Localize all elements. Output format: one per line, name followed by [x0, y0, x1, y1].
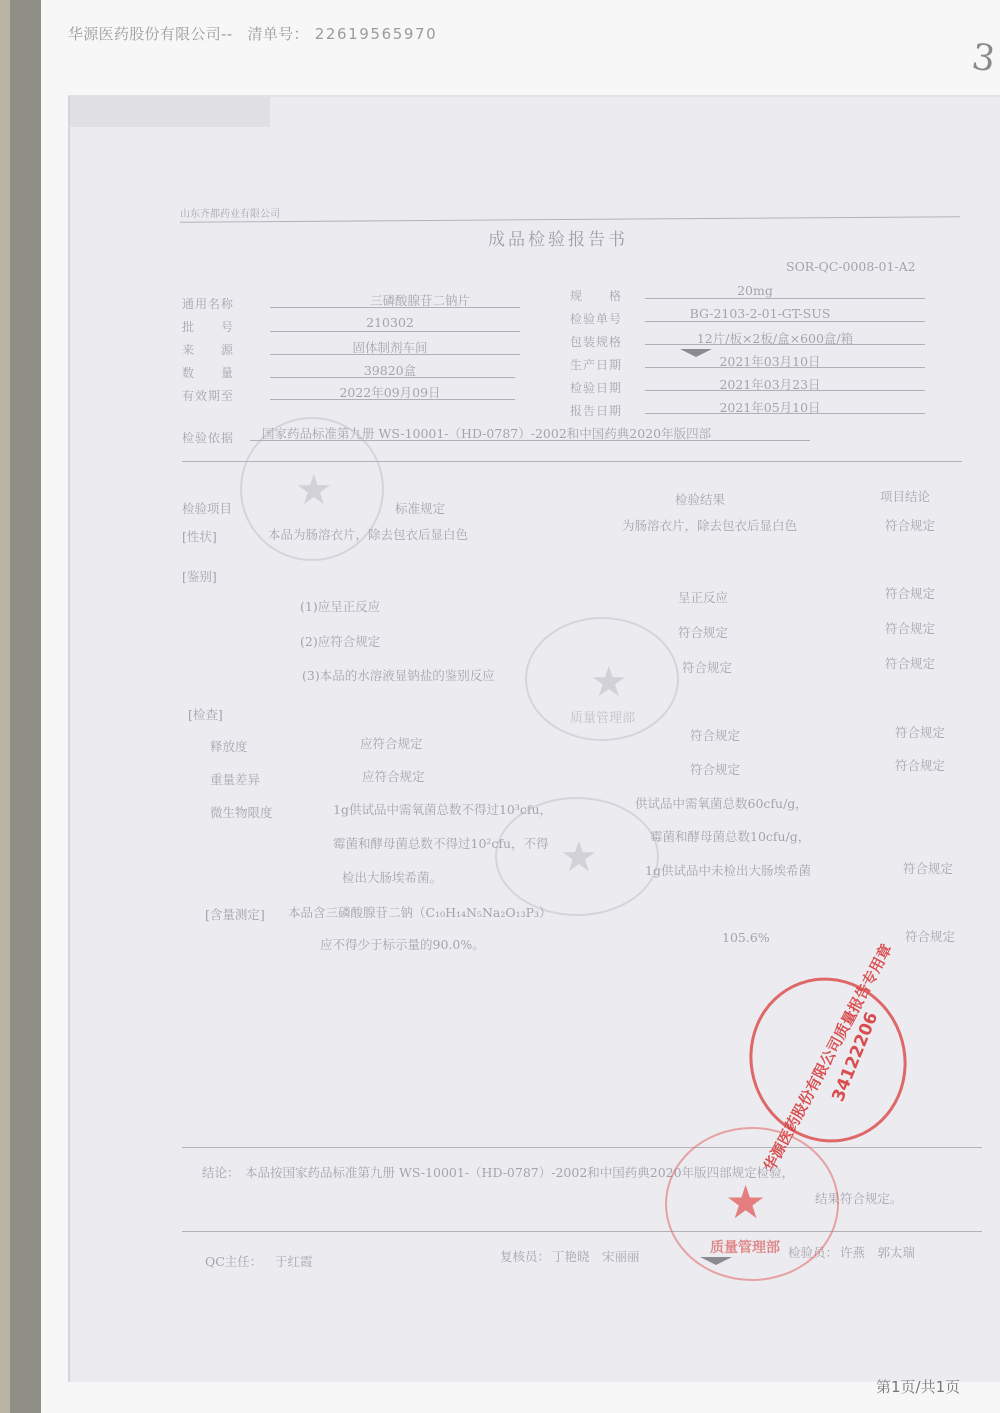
basis-label: 检验依据: [182, 429, 234, 446]
appearance-result: 为肠溶衣片，除去包衣后显白色: [622, 516, 797, 534]
header-standard: 标准规定: [395, 499, 445, 517]
section-assay-label: [含量测定]: [205, 905, 265, 923]
id-result: 符合规定: [678, 623, 728, 641]
list-number: 22619565970: [315, 25, 438, 43]
inspection-standard: 应符合规定: [362, 767, 425, 785]
red-stamp-star-icon: ★: [725, 1175, 766, 1229]
microbial-conclusion: 符合规定: [903, 859, 953, 877]
field-value: 210302: [290, 315, 490, 330]
microbial-standard-line: 1g供试品中需氧菌总数不得过10³cfu，: [333, 800, 552, 818]
conclusion-label: 结论：: [202, 1163, 240, 1181]
gray-stamp-text: 质量管理部: [570, 707, 635, 726]
red-stamp2-text: 质量管理部: [710, 1237, 780, 1257]
inspection-conclusion: 符合规定: [895, 723, 945, 741]
id-standard: (3)本品的水溶液显钠盐的鉴别反应: [302, 666, 495, 684]
appearance-standard: 本品为肠溶衣片，除去包衣后显白色: [268, 525, 468, 543]
qc-head-name: 于红霞: [275, 1252, 313, 1270]
list-label: 清单号：: [248, 25, 309, 43]
id-conclusion: 符合规定: [885, 584, 935, 602]
scan-artifact-mark: [680, 349, 712, 357]
field-label: 规 格: [570, 287, 622, 304]
page-header: 华源医药股份有限公司-- 清单号：22619565970: [68, 23, 437, 44]
issuer-name: 山东齐都药业有限公司: [180, 205, 280, 220]
report-title: 成品检验报告书: [488, 225, 628, 250]
inspection-item: 重量差异: [210, 770, 260, 788]
header-result: 检验结果: [675, 490, 725, 508]
id-result: 呈正反应: [678, 588, 728, 606]
field-label: 生产日期: [570, 356, 622, 373]
reviewer-names: 丁艳晓 宋丽丽: [552, 1247, 640, 1265]
company-name: 华源医药股份有限公司--: [68, 25, 232, 43]
id-standard: (2)应符合规定: [300, 632, 380, 650]
id-result: 符合规定: [682, 658, 732, 676]
inspection-result: 符合规定: [690, 760, 740, 778]
field-label: 有效期至: [182, 387, 234, 404]
scan-shadow: [70, 97, 270, 127]
field-label: 包装规格: [570, 333, 622, 350]
header-conclusion: 项目结论: [880, 487, 930, 505]
stamp-star-icon: ★: [560, 832, 598, 881]
stamp-star-icon: ★: [295, 465, 333, 514]
microbial-result-line: 霉菌和酵母菌总数10cfu/g，: [650, 827, 810, 845]
field-value: BG-2103-2-01-GT-SUS: [660, 306, 860, 321]
scan-edge-shadow: [10, 0, 41, 1413]
doc-code: SOR-QC-0008-01-A2: [786, 259, 916, 274]
assay-result: 105.6%: [722, 930, 770, 945]
section-inspection-label: [检查]: [188, 705, 223, 723]
assay-standard: 本品含三磷酸腺苷二钠（C₁₀H₁₄N₅Na₂O₁₃P₃）: [288, 903, 552, 921]
inspection-result: 符合规定: [690, 726, 740, 744]
qc-head-label: QC主任：: [205, 1252, 262, 1270]
stamp-star-icon: ★: [590, 657, 628, 706]
inspection-standard: 应符合规定: [360, 734, 423, 752]
microbial-result-line: 1g供试品中未检出大肠埃希菌: [645, 861, 811, 879]
field-label: 通用名称: [182, 295, 234, 312]
id-standard: (1)应呈正反应: [300, 597, 380, 615]
assay-conclusion: 符合规定: [905, 927, 955, 945]
id-conclusion: 符合规定: [885, 654, 935, 672]
section-identification-label: [鉴别]: [182, 567, 217, 585]
microbial-standard-line: 霉菌和酵母菌总数不得过10²cfu，不得: [333, 834, 549, 852]
assay-standard: 应不得少于标示量的90.0%。: [320, 935, 485, 953]
scan-edge-strip: [0, 0, 10, 1413]
scanned-report: 山东齐都药业有限公司 成品检验报告书 SOR-QC-0008-01-A2 通用名…: [68, 95, 1000, 1382]
conclusion-rule: [182, 1147, 982, 1148]
inspection-conclusion: 符合规定: [895, 756, 945, 774]
reviewer-label: 复核员：: [500, 1247, 550, 1265]
field-label: 检验日期: [570, 379, 622, 396]
microbial-item: 微生物限度: [210, 803, 273, 821]
section-appearance-label: [性状]: [182, 527, 217, 545]
id-conclusion: 符合规定: [885, 619, 935, 637]
handwritten-page-mark: 3: [969, 37, 997, 81]
page-indicator: 第1页/共1页: [876, 1376, 960, 1397]
field-label: 批 号: [182, 318, 234, 335]
appearance-conclusion: 符合规定: [885, 516, 935, 534]
top-rule: [180, 216, 960, 222]
inspection-item: 释放度: [210, 737, 248, 755]
signature-rule: [182, 1231, 982, 1232]
microbial-result-line: 供试品中需氧菌总数60cfu/g，: [635, 794, 808, 812]
inspector-names: 许燕 郭太瑞: [840, 1243, 915, 1261]
header-item: 检验项目: [182, 499, 232, 517]
microbial-standard-line: 检出大肠埃希菌。: [342, 868, 442, 886]
field-label: 报告日期: [570, 402, 622, 419]
field-label: 来 源: [182, 341, 234, 358]
field-label: 检验单号: [570, 310, 622, 327]
field-value: 20mg: [670, 283, 840, 298]
field-label: 数 量: [182, 364, 234, 381]
